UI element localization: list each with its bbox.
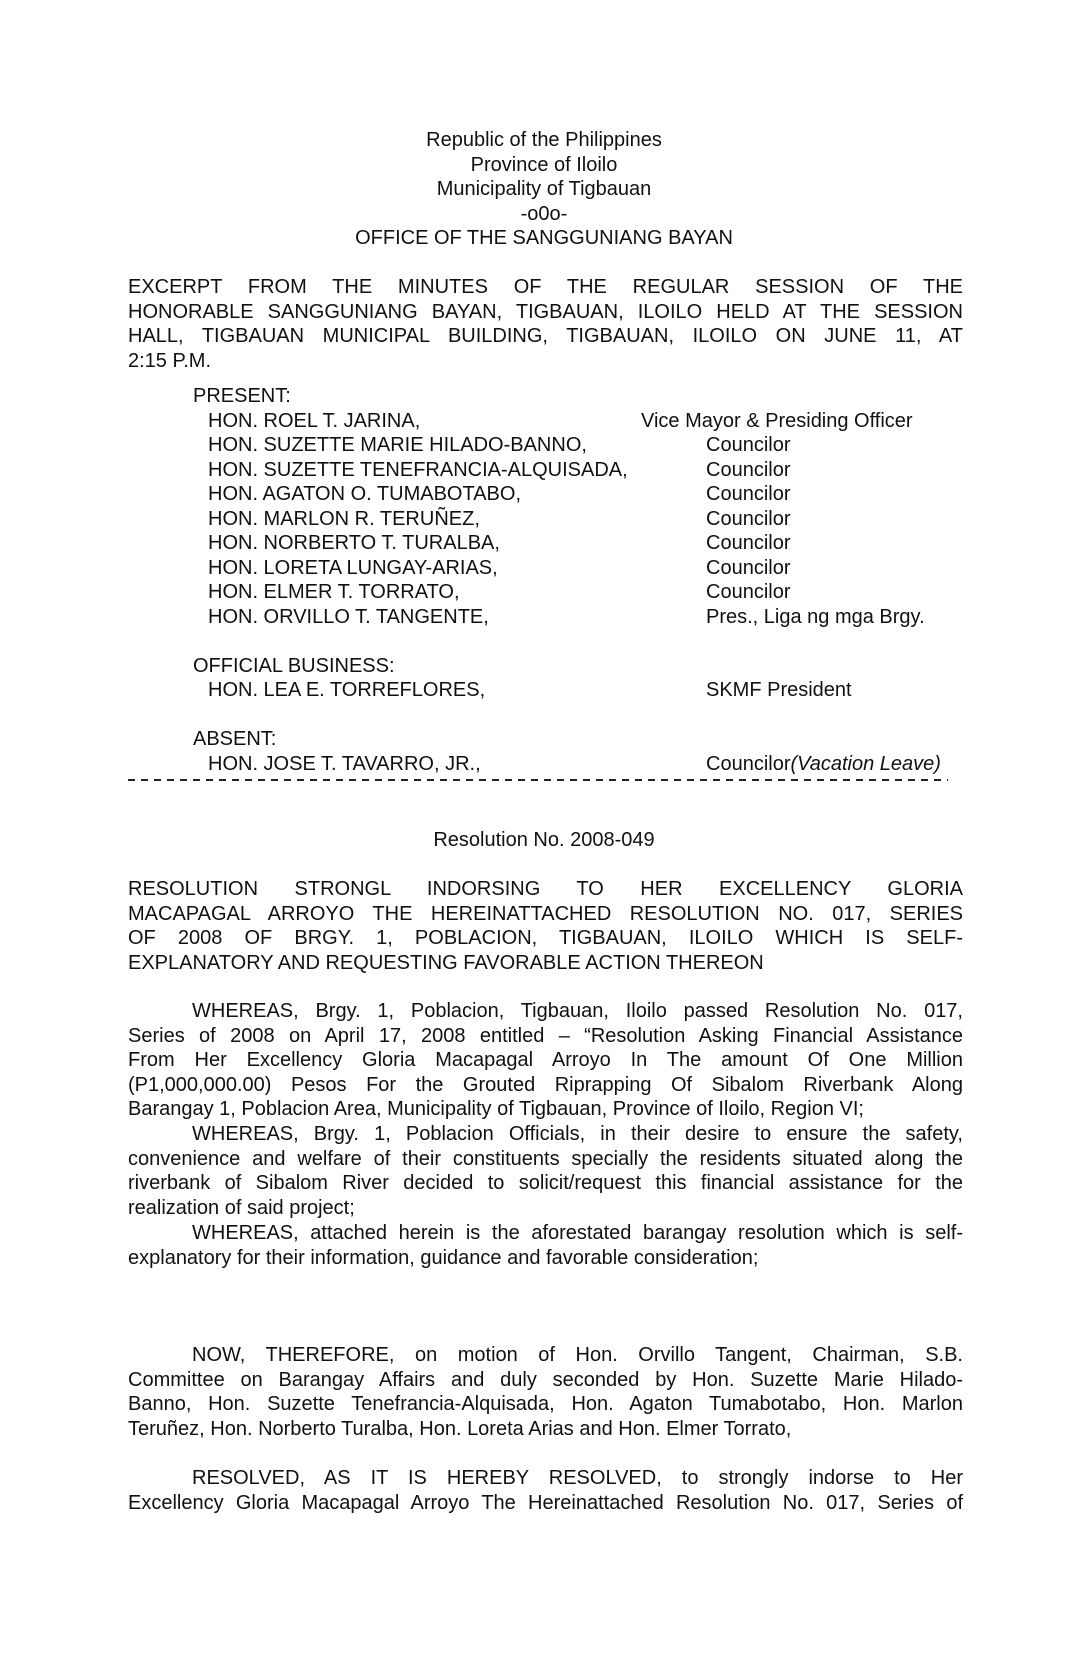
attendee-name: HON. AGATON O. TUMABOTABO, — [208, 482, 521, 507]
paragraph-line: convenience and welfare of their constit… — [128, 1148, 963, 1173]
document-page: Republic of the Philippines Province of … — [0, 0, 1088, 1664]
whereas-paragraph-2: WHEREAS, Brgy. 1, Poblacion Officials, i… — [128, 1123, 963, 1221]
paragraph-line: WHEREAS, attached herein is the aforesta… — [128, 1222, 963, 1247]
absent-row: HON. JOSE T. TAVARRO, JR., Councilor(Vac… — [193, 752, 973, 777]
paragraph-line: RESOLVED, AS IT IS HEREBY RESOLVED, to s… — [128, 1467, 963, 1492]
header-municipality: Municipality of Tigbauan — [0, 177, 1088, 202]
resolution-title-line: MACAPAGAL ARROYO THE HEREINATTACHED RESO… — [128, 903, 963, 928]
whereas-paragraph-1: WHEREAS, Brgy. 1, Poblacion, Tigbauan, I… — [128, 1000, 963, 1123]
resolution-title-line: EXPLANATORY AND REQUESTING FAVORABLE ACT… — [128, 952, 963, 977]
paragraph-line: Excellency Gloria Macapagal Arroyo The H… — [128, 1492, 963, 1517]
official-business-label: OFFICIAL BUSINESS: — [193, 654, 973, 679]
paragraph-line: Committee on Barangay Affairs and duly s… — [128, 1369, 963, 1394]
attendee-name: HON. SUZETTE TENEFRANCIA-ALQUISADA, — [208, 458, 628, 483]
attendee-name: HON. LEA E. TORREFLORES, — [208, 678, 485, 703]
attendee-position: Councilor — [706, 482, 790, 507]
absent-note: (Vacation Leave) — [790, 753, 940, 775]
attendee-name: HON. MARLON R. TERUÑEZ, — [208, 507, 480, 532]
attendee-row: HON. NORBERTO T. TURALBA, Councilor — [193, 531, 973, 556]
attendee-name: HON. ORVILLO T. TANGENTE, — [208, 605, 489, 630]
paragraph-line: WHEREAS, Brgy. 1, Poblacion, Tigbauan, I… — [128, 1000, 963, 1025]
resolved-paragraph: RESOLVED, AS IT IS HEREBY RESOLVED, to s… — [128, 1467, 963, 1516]
paragraph-line: NOW, THEREFORE, on motion of Hon. Orvill… — [128, 1344, 963, 1369]
attendee-position: Councilor — [706, 556, 790, 581]
attendee-row: HON. ROEL T. JARINA, Vice Mayor & Presid… — [193, 409, 973, 434]
attendee-row: HON. ELMER T. TORRATO, Councilor — [193, 580, 973, 605]
attendance-list: PRESENT: HON. ROEL T. JARINA, Vice Mayor… — [193, 384, 973, 776]
official-business-row: HON. LEA E. TORREFLORES, SKMF President — [193, 678, 973, 703]
attendee-name: HON. JOSE T. TAVARRO, JR., — [208, 752, 481, 777]
excerpt-line: HALL, TIGBAUAN MUNICIPAL BUILDING, TIGBA… — [128, 325, 963, 350]
attendee-row: HON. MARLON R. TERUÑEZ, Councilor — [193, 507, 973, 532]
excerpt-line: HONORABLE SANGGUNIANG BAYAN, TIGBAUAN, I… — [128, 301, 963, 326]
attendee-name: HON. SUZETTE MARIE HILADO-BANNO, — [208, 433, 587, 458]
resolution-title-line: OF 2008 OF BRGY. 1, POBLACION, TIGBAUAN,… — [128, 927, 963, 952]
excerpt-line: EXCERPT FROM THE MINUTES OF THE REGULAR … — [128, 276, 963, 301]
paragraph-line: Barangay 1, Poblacion Area, Municipality… — [128, 1098, 963, 1123]
spacer — [193, 703, 973, 728]
attendee-row: HON. SUZETTE TENEFRANCIA-ALQUISADA, Coun… — [193, 458, 973, 483]
paragraph-line: realization of said project; — [128, 1197, 963, 1222]
paragraph-line: Series of 2008 on April 17, 2008 entitle… — [128, 1025, 963, 1050]
paragraph-line: WHEREAS, Brgy. 1, Poblacion Officials, i… — [128, 1123, 963, 1148]
present-label: PRESENT: — [193, 384, 973, 409]
attendee-name: HON. NORBERTO T. TURALBA, — [208, 531, 500, 556]
dashed-separator — [128, 779, 948, 781]
resolution-title: RESOLUTION STRONGL INDORSING TO HER EXCE… — [128, 878, 963, 976]
header-ornament: -o0o- — [0, 202, 1088, 227]
attendee-name: HON. ROEL T. JARINA, — [208, 409, 420, 434]
paragraph-line: (P1,000,000.00) Pesos For the Grouted Ri… — [128, 1074, 963, 1099]
document-header: Republic of the Philippines Province of … — [0, 128, 1088, 251]
attendee-position: SKMF President — [706, 678, 852, 703]
paragraph-line: riverbank of Sibalom River decided to so… — [128, 1172, 963, 1197]
header-province: Province of Iloilo — [0, 153, 1088, 178]
excerpt-line: 2:15 P.M. — [128, 350, 963, 375]
paragraph-line: explanatory for their information, guida… — [128, 1247, 963, 1272]
attendee-position: Councilor(Vacation Leave) — [706, 752, 941, 777]
attendee-name: HON. ELMER T. TORRATO, — [208, 580, 460, 605]
paragraph-line: From Her Excellency Gloria Macapagal Arr… — [128, 1049, 963, 1074]
attendee-position: Councilor — [706, 531, 790, 556]
minutes-excerpt-heading: EXCERPT FROM THE MINUTES OF THE REGULAR … — [128, 276, 963, 374]
resolution-title-line: RESOLUTION STRONGL INDORSING TO HER EXCE… — [128, 878, 963, 903]
absent-position: Councilor — [706, 753, 790, 775]
attendee-row: HON. AGATON O. TUMABOTABO, Councilor — [193, 482, 973, 507]
attendee-position: Vice Mayor & Presiding Officer — [641, 409, 913, 434]
paragraph-line: Teruñez, Hon. Norberto Turalba, Hon. Lor… — [128, 1418, 963, 1443]
attendee-position: Councilor — [706, 433, 790, 458]
spacer — [193, 629, 973, 654]
header-republic: Republic of the Philippines — [0, 128, 1088, 153]
whereas-paragraph-3: WHEREAS, attached herein is the aforesta… — [128, 1222, 963, 1271]
attendee-position: Councilor — [706, 458, 790, 483]
attendee-position: Councilor — [706, 507, 790, 532]
paragraph-line: Banno, Hon. Suzette Tenefrancia-Alquisad… — [128, 1393, 963, 1418]
resolution-number: Resolution No. 2008-049 — [0, 829, 1088, 852]
attendee-row: HON. ORVILLO T. TANGENTE, Pres., Liga ng… — [193, 605, 973, 630]
attendee-row: HON. SUZETTE MARIE HILADO-BANNO, Council… — [193, 433, 973, 458]
header-office: OFFICE OF THE SANGGUNIANG BAYAN — [0, 226, 1088, 251]
attendee-position: Councilor — [706, 580, 790, 605]
now-therefore-paragraph: NOW, THEREFORE, on motion of Hon. Orvill… — [128, 1344, 963, 1442]
absent-label: ABSENT: — [193, 727, 973, 752]
attendee-row: HON. LORETA LUNGAY-ARIAS, Councilor — [193, 556, 973, 581]
attendee-position: Pres., Liga ng mga Brgy. — [706, 605, 925, 630]
attendee-name: HON. LORETA LUNGAY-ARIAS, — [208, 556, 498, 581]
